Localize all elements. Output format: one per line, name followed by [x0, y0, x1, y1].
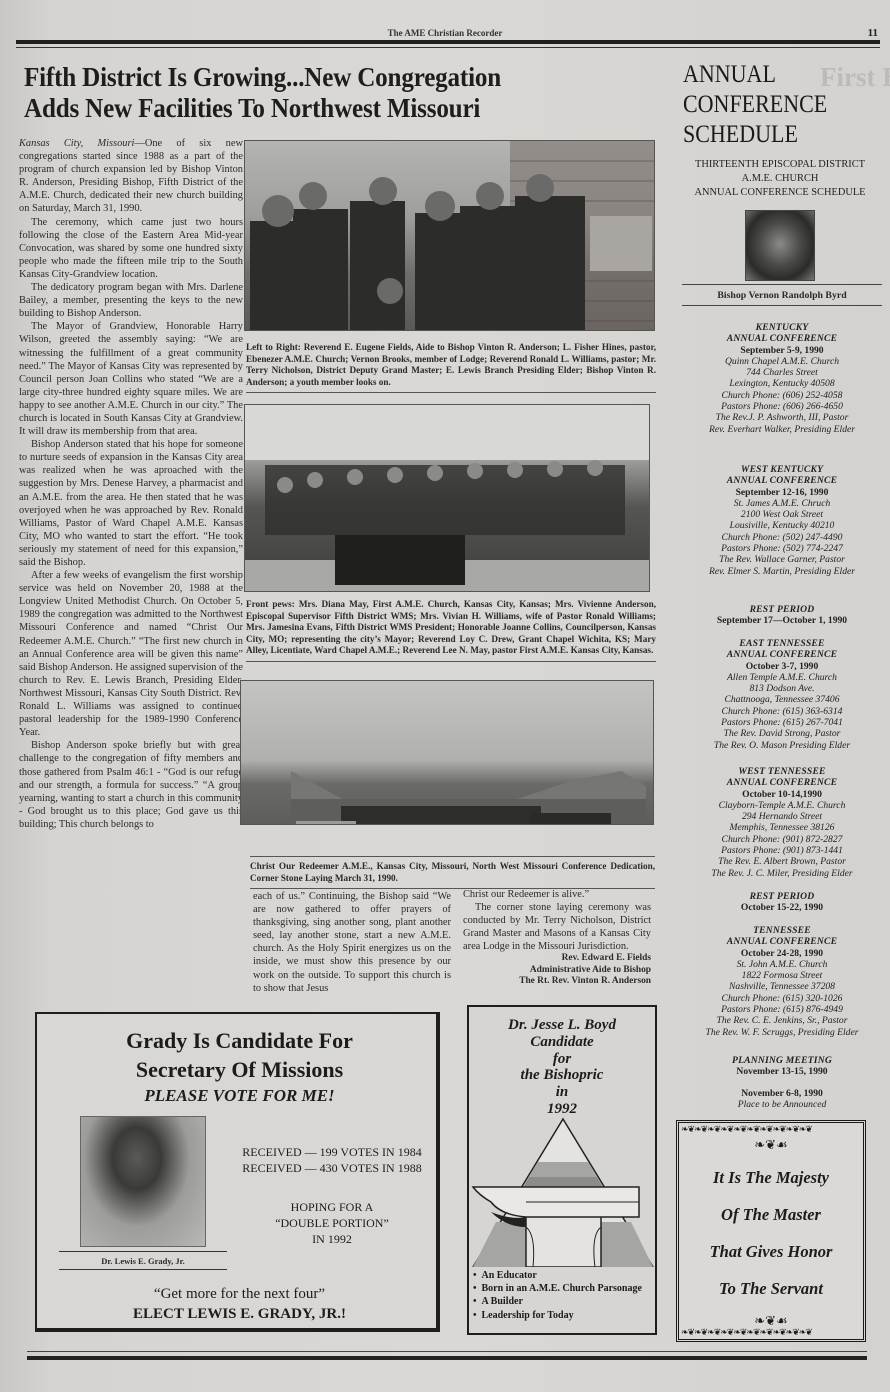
header-rule-thin [16, 47, 880, 48]
list-item: A Builder [473, 1295, 653, 1308]
boyd-qualifications-list: An Educator Born in an A.M.E. Church Par… [473, 1269, 653, 1322]
running-header: The AME Christian Recorder [0, 28, 890, 38]
article-paragraph: The dedicatory program began with Mrs. D… [19, 281, 243, 320]
ornamental-border-top: ❧❦❧❦❧❦❧❦❧❦❧❦❧❦❧❦❧❦❧❦ [681, 1124, 861, 1135]
schedule-entry-east-tennessee: EAST TENNESSEE ANNUAL CONFERENCE October… [680, 638, 884, 751]
schedule-entry-tennessee: TENNESSEE ANNUAL CONFERENCE October 24-2… [680, 925, 884, 1038]
photo-cornerstone-group [244, 140, 655, 331]
fleuron-icon: ❧❦☙ [679, 1313, 863, 1329]
grady-photo-caption: Dr. Lewis E. Grady, Jr. [59, 1256, 227, 1266]
divider [59, 1251, 227, 1252]
grady-hope-text: HOPING FOR A “DOUBLE PORTION” IN 1992 [227, 1199, 437, 1247]
boyd-campaign-ad: Dr. Jesse L. Boyd Candidate for the Bish… [467, 1005, 657, 1335]
bishop-name: Bishop Vernon Randolph Byrd [682, 290, 882, 301]
grady-slogan: “Get more for the next four” [37, 1286, 442, 1303]
newspaper-page: First Bi The AME Christian Recorder 11 F… [0, 0, 890, 1392]
schedule-entry-rest-period-1: REST PERIOD September 17—October 1, 1990 [680, 604, 884, 627]
photo-congregation-pews [244, 404, 650, 592]
grady-vote-history: RECEIVED — 199 VOTES IN 1984 RECEIVED — … [227, 1144, 437, 1176]
schedule-entry-november: November 6-8, 1990 Place to be Announced [680, 1088, 884, 1111]
pyramid-anvil-icon [471, 1117, 655, 1267]
photo-caption-1: Left to Right: Reverend E. Eugene Fields… [246, 342, 656, 393]
grady-campaign-ad: Grady Is Candidate For Secretary Of Miss… [35, 1012, 440, 1332]
divider [682, 284, 882, 285]
grady-elect-line: ELECT LEWIS E. GRADY, JR.! [37, 1306, 442, 1323]
header-rule [16, 40, 880, 44]
list-item: Born in an A.M.E. Church Parsonage [473, 1282, 653, 1295]
divider [59, 1269, 227, 1270]
grady-ad-subhead: PLEASE VOTE FOR ME! [37, 1086, 442, 1106]
schedule-entry-planning-meeting: PLANNING MEETING November 13-15, 1990 [680, 1055, 884, 1078]
article-paragraph: After a few weeks of evangelism the firs… [19, 569, 243, 739]
grady-portrait [80, 1116, 206, 1247]
article-headline: Fifth District Is Growing...New Congrega… [24, 62, 619, 124]
fleuron-icon: ❧❦☙ [679, 1137, 863, 1153]
article-paragraph: Bishop Anderson stated that his hope for… [19, 438, 243, 569]
schedule-entry-west-tennessee: WEST TENNESSEE ANNUAL CONFERENCE October… [680, 766, 884, 879]
dateline: Kansas City, Missouri [19, 138, 134, 149]
page-number: 11 [868, 27, 878, 39]
article-paragraph: The corner stone laying ceremony was con… [463, 901, 651, 953]
majesty-quote-box: ❧❦❧❦❧❦❧❦❧❦❧❦❧❦❧❦❧❦❧❦ ❧❦❧❦❧❦❧❦❧❦❧❦❧❦❧❦❧❦❧… [676, 1120, 866, 1342]
article-paragraph: The Mayor of Grandview, Honorable Harry … [19, 320, 243, 438]
footer-rule-thin [27, 1351, 867, 1352]
article-column-1: Kansas City, Missouri—One of six new con… [19, 137, 243, 831]
bleed-through-text: First Bi [820, 62, 890, 93]
schedule-subtitle: THIRTEENTH EPISCOPAL DISTRICT A.M.E. CHU… [676, 158, 884, 200]
bishop-portrait [745, 210, 815, 281]
article-paragraph: The ceremony, which came just two hours … [19, 216, 243, 281]
article-paragraph: Kansas City, Missouri—One of six new con… [19, 137, 243, 216]
photo-caption-3: Christ Our Redeemer A.M.E., Kansas City,… [250, 856, 655, 889]
article-column-3: Christ our Redeemer is alive.” The corne… [463, 888, 651, 988]
article-paragraph: Christ our Redeemer is alive.” [463, 888, 651, 901]
schedule-title: ANNUAL CONFERENCE SCHEDULE [683, 60, 827, 150]
list-item: An Educator [473, 1269, 653, 1282]
article-signature: Rev. Edward E. Fields Administrative Aid… [463, 953, 651, 988]
list-item: Leadership for Today [473, 1309, 653, 1322]
boyd-ad-headline: Dr. Jesse L. Boyd Candidate for the Bish… [469, 1017, 655, 1118]
article-column-2: each of us.” Continuing, the Bishop said… [253, 890, 451, 995]
schedule-entry-west-kentucky: WEST KENTUCKY ANNUAL CONFERENCE Septembe… [680, 464, 884, 577]
photo-church-exterior [240, 680, 654, 825]
footer-rule [27, 1356, 867, 1360]
article-paragraph: Bishop Anderson spoke briefly but with g… [19, 739, 243, 831]
photo-caption-2: Front pews: Mrs. Diana May, First A.M.E.… [246, 599, 656, 662]
divider [682, 305, 882, 306]
article-paragraph: each of us.” Continuing, the Bishop said… [253, 890, 451, 995]
grady-ad-headline: Grady Is Candidate For Secretary Of Miss… [37, 1026, 442, 1084]
schedule-entry-rest-period-2: REST PERIOD October 15-22, 1990 [680, 891, 884, 914]
schedule-entry-kentucky: KENTUCKY ANNUAL CONFERENCE September 5-9… [680, 322, 884, 435]
